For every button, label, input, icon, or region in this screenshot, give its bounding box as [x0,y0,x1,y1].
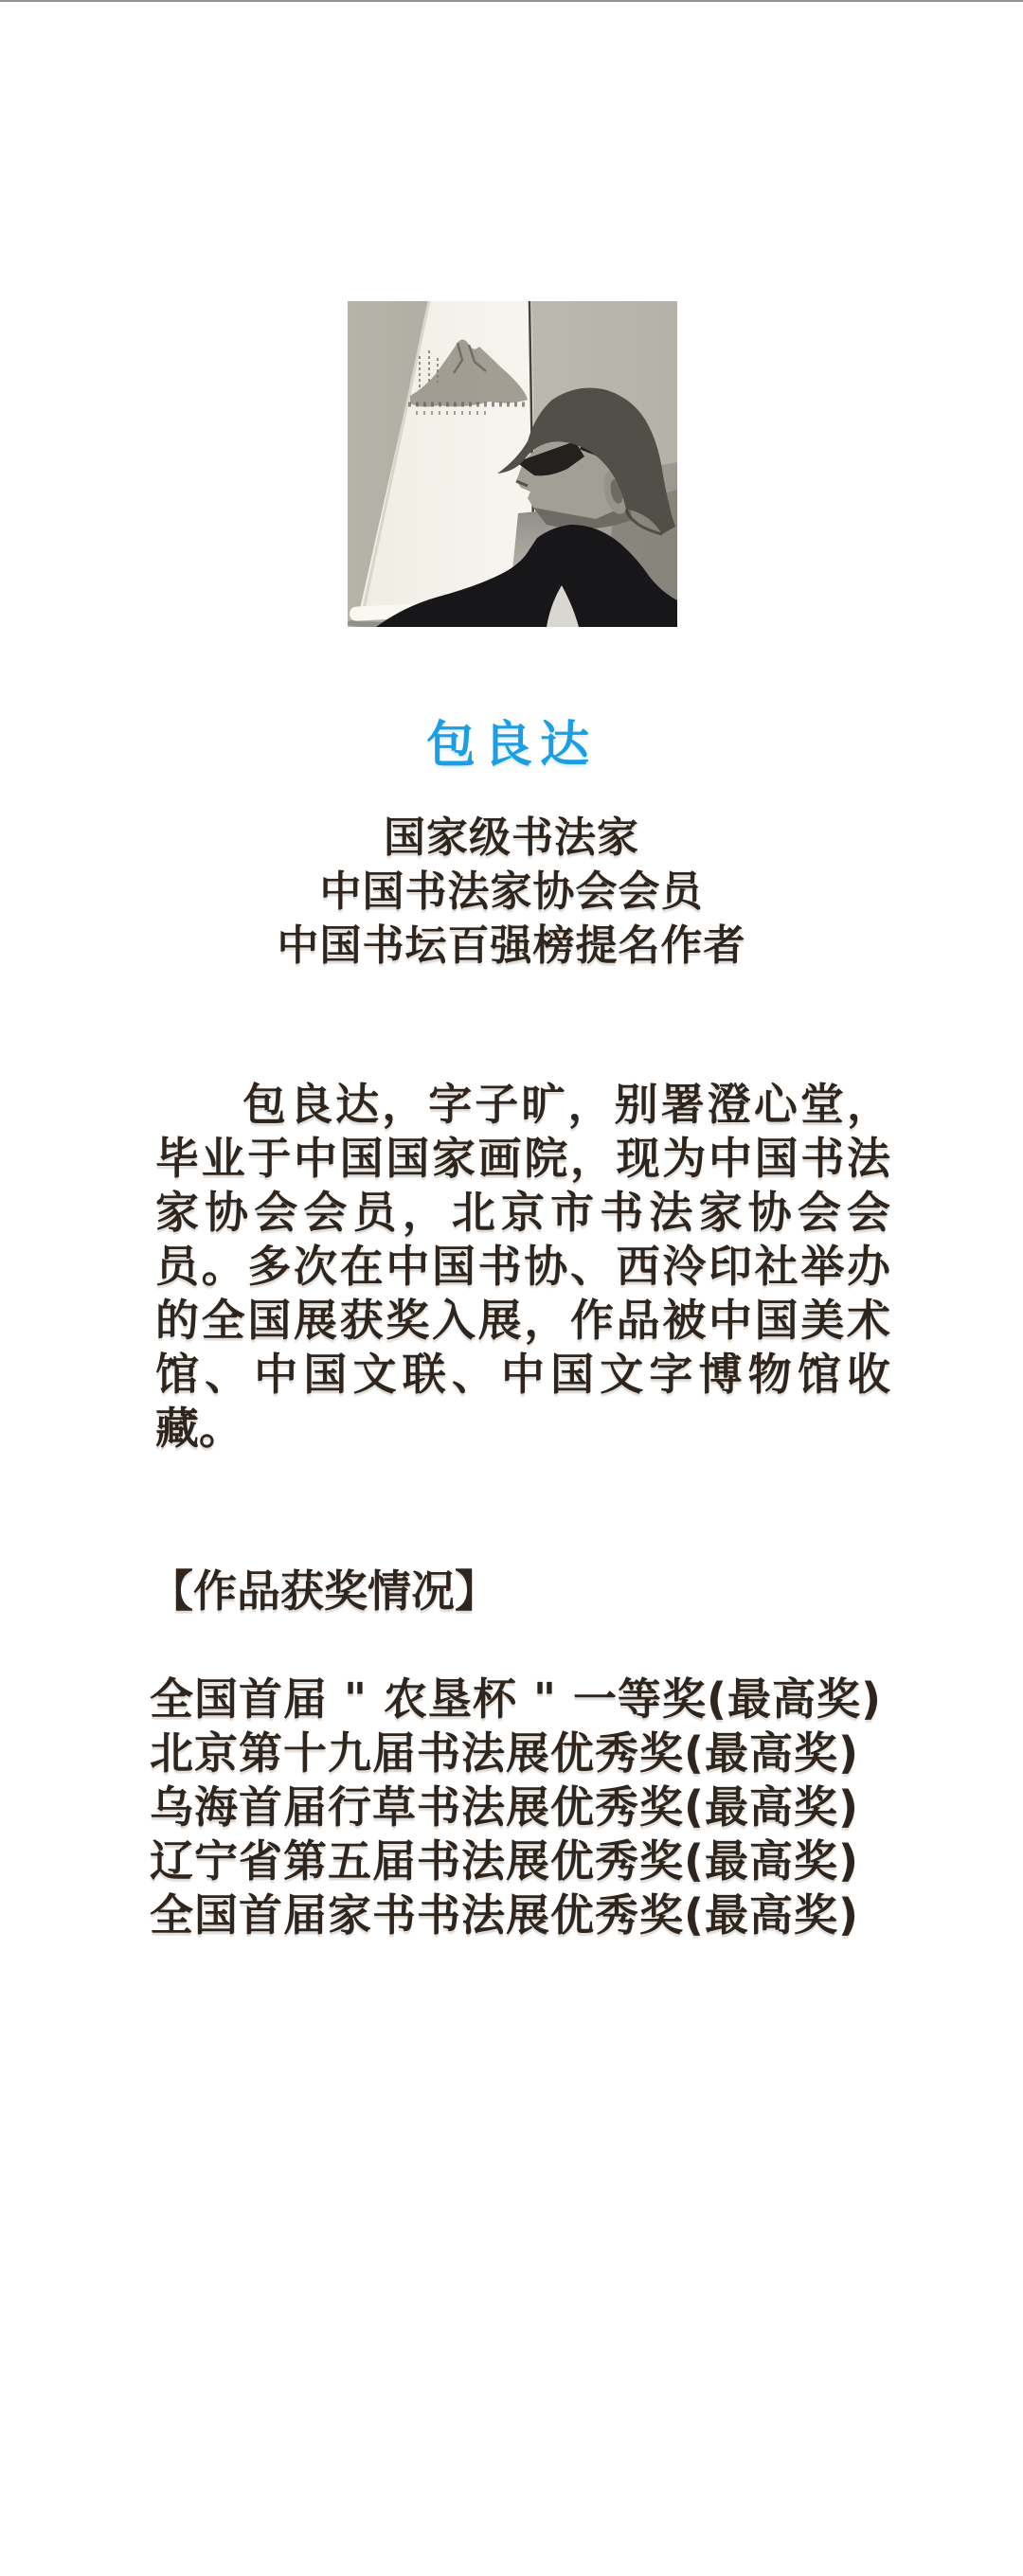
awards-section-heading: 【作品获奖情况】 [150,1565,498,1619]
award-item: 乌海首届行草书法展优秀奖(最高奖) [150,1780,882,1834]
biography-paragraph: 包良达，字子旷，别署澄心堂，毕业于中国国家画院，现为中国书法家协会会员，北京市书… [155,1078,890,1456]
credential-title-line: 国家级书法家 [0,811,1023,865]
awards-list: 全国首届 " 农垦杯 " 一等奖(最高奖) 北京第十九届书法展优秀奖(最高奖) … [150,1673,882,1942]
top-edge-line [0,0,1023,2]
profile-page: 包良达 国家级书法家 中国书法家协会会员 中国书坛百强榜提名作者 包良达，字子旷… [0,0,1023,2576]
award-item: 辽宁省第五届书法展优秀奖(最高奖) [150,1834,882,1888]
calligrapher-name: 包良达 [0,713,1023,778]
credential-title-line: 中国书法家协会会员 [0,865,1023,919]
credential-title-line: 中国书坛百强榜提名作者 [0,919,1023,973]
credential-titles: 国家级书法家 中国书法家协会会员 中国书坛百强榜提名作者 [0,811,1023,973]
portrait-photo-illustration [348,301,677,627]
award-item: 全国首届家书书法展优秀奖(最高奖) [150,1888,882,1942]
award-item: 北京第十九届书法展优秀奖(最高奖) [150,1726,882,1780]
portrait-photo [348,301,677,627]
award-item: 全国首届 " 农垦杯 " 一等奖(最高奖) [150,1673,882,1726]
